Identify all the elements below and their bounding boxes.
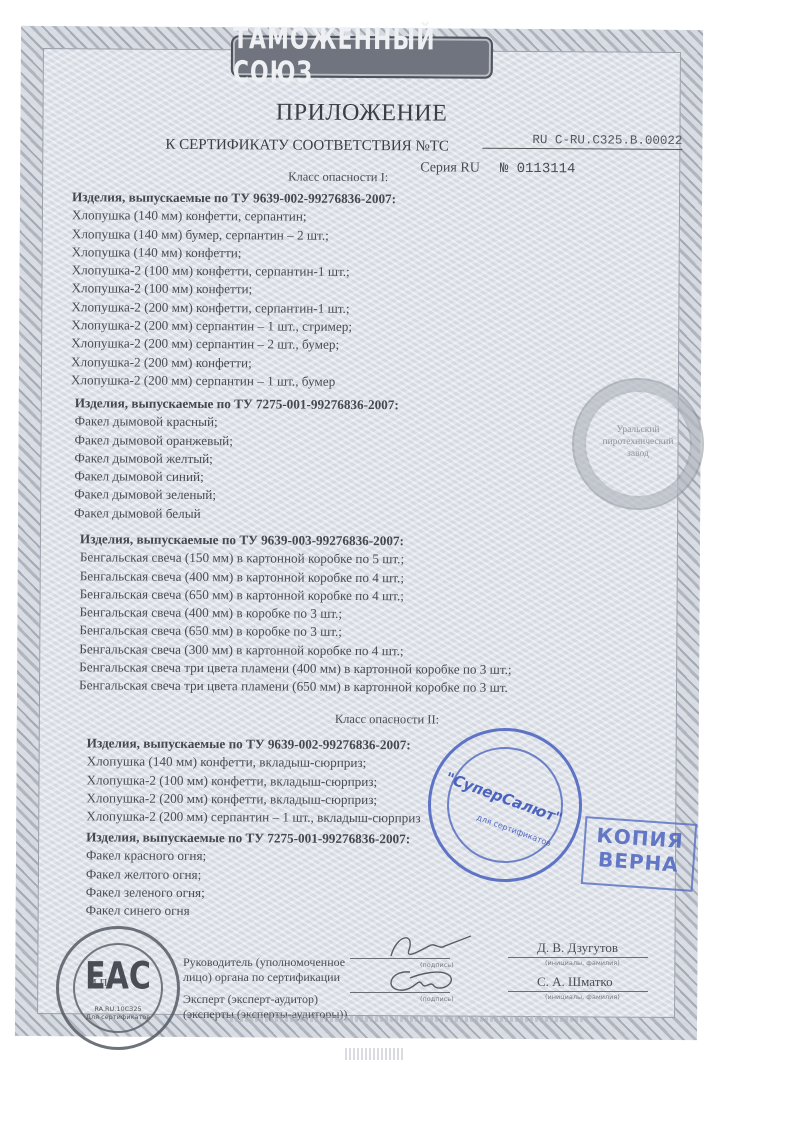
eac-code: RA.RU.10CЗ25 Для сертификатов bbox=[59, 1005, 177, 1021]
list-item: Хлопушка (140 мм) бумер, серпантин – 2 ш… bbox=[72, 225, 396, 245]
manufacturer-seal: Уральский пиротехнический завод bbox=[572, 378, 704, 510]
list-item: Хлопушка-2 (200 мм) серпантин – 1 шт., с… bbox=[71, 316, 395, 336]
eac-logo-icon: ЕАС bbox=[59, 955, 177, 999]
name-caption: (инициалы, фамилия) bbox=[545, 959, 620, 967]
section-class1-tu-7275-001: Изделия, выпускаемые по ТУ 7275-001-9927… bbox=[74, 394, 399, 524]
expert-signature-line bbox=[350, 992, 450, 993]
list-item: Хлопушка-2 (200 мм) конфетти, серпантин-… bbox=[71, 298, 395, 318]
list-item: Факел дымовой желтый; bbox=[74, 449, 398, 469]
series-label: Серия RU bbox=[420, 160, 480, 175]
hazard-class-2-heading: Класс опасности II: bbox=[335, 712, 439, 728]
list-item: Хлопушка-2 (100 мм) конфетти; bbox=[71, 280, 395, 300]
head-signatory-name: Д. В. Дзугутов bbox=[537, 940, 618, 956]
footer-fine-print bbox=[230, 1016, 590, 1022]
list-item: Хлопушка-2 (200 мм) конфетти, вкладыш-сю… bbox=[86, 789, 420, 809]
list-item: Факел дымовой синий; bbox=[74, 467, 398, 487]
series-line: Серия RU№ 0113114 bbox=[420, 160, 575, 177]
seal-line: завод bbox=[574, 448, 702, 460]
hazard-class-1-heading: Класс опасности I: bbox=[288, 170, 388, 186]
series-number: № 0113114 bbox=[500, 161, 576, 177]
signature-caption: (подпись) bbox=[420, 995, 454, 1003]
list-item: Факел желтого огня; bbox=[86, 865, 410, 885]
list-item: Хлопушка-2 (100 мм) конфетти, серпантин-… bbox=[72, 261, 396, 281]
scan-smudge bbox=[345, 1048, 405, 1060]
list-item: Хлопушка-2 (200 мм) серпантин – 1 шт., в… bbox=[86, 808, 420, 828]
list-item: Факел дымовой красный; bbox=[75, 413, 399, 433]
banner-text: ТАМОЖЕННЫЙ СОЮЗ bbox=[233, 22, 491, 91]
section-class2-tu-7275-001: Изделия, выпускаемые по ТУ 7275-001-9927… bbox=[86, 828, 411, 921]
eac-certification-seal: М.П. ЕАС RA.RU.10CЗ25 Для сертификатов bbox=[56, 926, 180, 1050]
list-item: Хлопушка (140 мм) конфетти; bbox=[72, 243, 396, 263]
certificate-number: RU C-RU.C325.B.00022 bbox=[482, 133, 682, 150]
head-signatory-label: Руководитель (уполномоченное лицо) орган… bbox=[183, 955, 345, 985]
label-line: лицо) органа по сертификации bbox=[183, 970, 345, 985]
list-item: Факел дымовой оранжевый; bbox=[75, 431, 399, 451]
section-heading: Изделия, выпускаемые по ТУ 9639-002-9927… bbox=[87, 734, 421, 754]
list-item: Факел синего огня bbox=[86, 902, 410, 922]
list-item: Бенгальская свеча (400 мм) в картонной к… bbox=[80, 567, 513, 588]
list-item: Факел красного огня; bbox=[86, 847, 410, 867]
list-item: Факел дымовой зеленый; bbox=[74, 486, 398, 506]
section-class1-tu-9639-003: Изделия, выпускаемые по ТУ 9639-003-9927… bbox=[79, 530, 512, 697]
section-heading: Изделия, выпускаемые по ТУ 7275-001-9927… bbox=[86, 828, 410, 848]
document-title: ПРИЛОЖЕНИЕ bbox=[20, 98, 702, 129]
eac-code-text: RA.RU.10CЗ25 bbox=[59, 1005, 177, 1013]
list-item: Хлопушка (140 мм) конфетти, серпантин; bbox=[72, 207, 396, 227]
section-heading: Изделия, выпускаемые по ТУ 9639-002-9927… bbox=[72, 188, 396, 208]
expert-name-line bbox=[508, 991, 648, 992]
list-item: Бенгальская свеча три цвета пламени (650… bbox=[79, 677, 512, 698]
certificate-sheet: ТАМОЖЕННЫЙ СОЮЗ ПРИЛОЖЕНИЕ К СЕРТИФИКАТУ… bbox=[15, 26, 703, 1040]
seal-line: пиротехнический bbox=[574, 436, 702, 448]
list-item: Факел дымовой белый bbox=[74, 504, 398, 524]
list-item: Хлопушка-2 (100 мм) конфетти, вкладыш-сю… bbox=[86, 771, 420, 791]
expert-signatory-name: С. А. Шматко bbox=[537, 974, 613, 990]
label-line: Эксперт (эксперт-аудитор) bbox=[183, 992, 347, 1007]
list-item: Хлопушка-2 (200 мм) серпантин – 2 шт., б… bbox=[71, 335, 395, 355]
label-line: Руководитель (уполномоченное bbox=[183, 955, 345, 970]
head-signature-line bbox=[350, 958, 450, 959]
name-caption: (инициалы, фамилия) bbox=[545, 993, 620, 1001]
head-name-line bbox=[508, 957, 648, 958]
list-item: Бенгальская свеча (150 мм) в картонной к… bbox=[80, 549, 513, 570]
section-class1-tu-9639-002: Изделия, выпускаемые по ТУ 9639-002-9927… bbox=[71, 188, 396, 391]
certificate-caption: К СЕРТИФИКАТУ СООТВЕТСТВИЯ №ТС bbox=[165, 137, 449, 156]
eac-sub-text: Для сертификатов bbox=[59, 1013, 177, 1021]
list-item: Факел зеленого огня; bbox=[86, 883, 410, 903]
list-item: Хлопушка-2 (200 мм) серпантин – 1 шт., б… bbox=[71, 371, 395, 391]
section-heading: Изделия, выпускаемые по ТУ 7275-001-9927… bbox=[75, 394, 399, 414]
list-item: Хлопушка (140 мм) конфетти, вкладыш-сюрп… bbox=[87, 753, 421, 773]
copy-certified-stamp: КОПИЯ ВЕРНА bbox=[581, 816, 697, 892]
customs-union-banner: ТАМОЖЕННЫЙ СОЮЗ bbox=[231, 35, 493, 79]
list-item: Бенгальская свеча (650 мм) в коробке по … bbox=[79, 622, 512, 643]
seal-line: Уральский bbox=[574, 424, 702, 436]
list-item: Хлопушка-2 (200 мм) конфетти; bbox=[71, 353, 395, 373]
section-class2-tu-9639-002: Изделия, выпускаемые по ТУ 9639-002-9927… bbox=[86, 734, 421, 828]
